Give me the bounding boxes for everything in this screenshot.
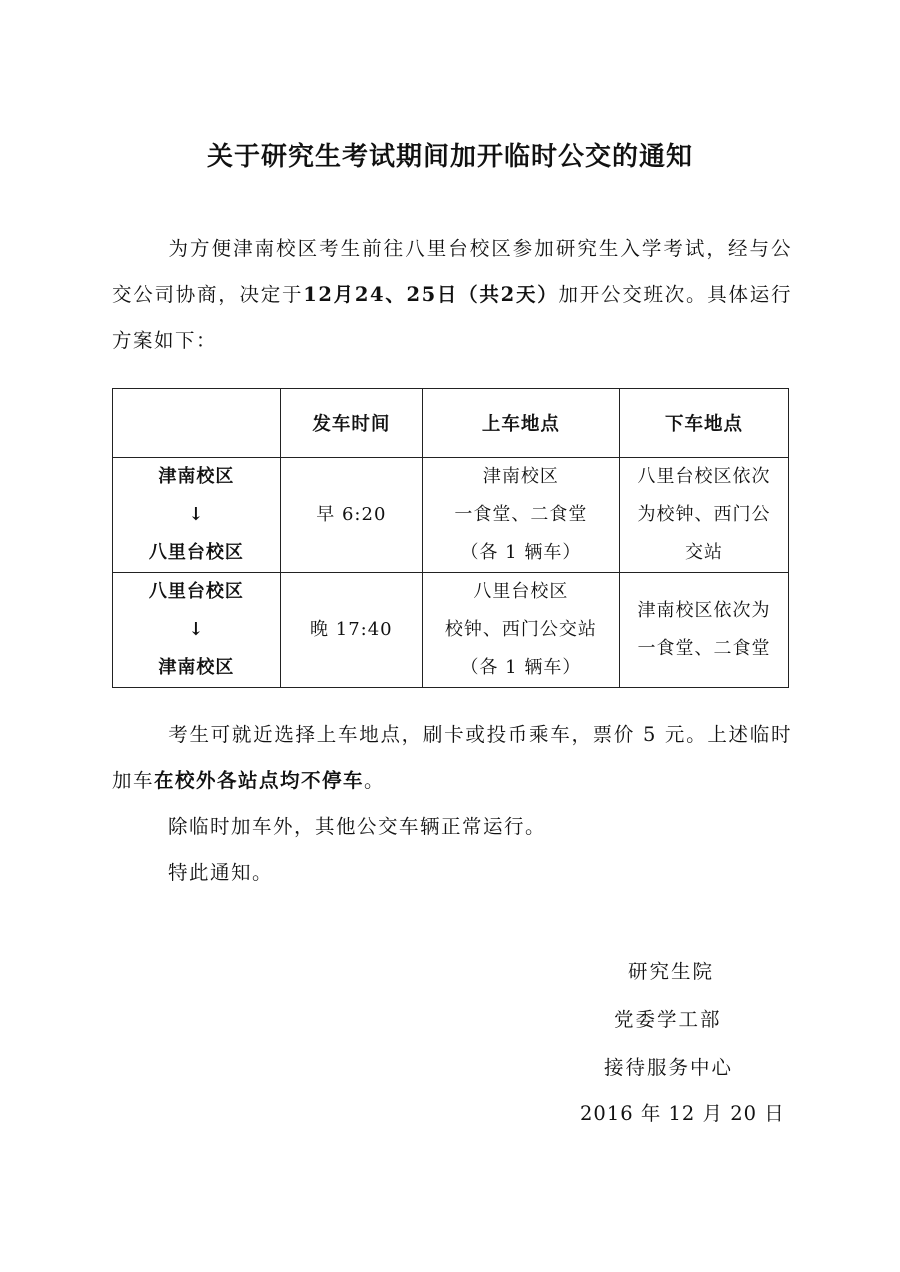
note2-text: 除临时加车外，其他公交车辆正常运行。 xyxy=(168,815,546,838)
dropoff-cell: 津南校区依次为 一食堂、二食堂 xyxy=(619,573,788,688)
time-cell: 晚 17:40 xyxy=(280,573,422,688)
header-dropoff-location: 下车地点 xyxy=(619,389,788,458)
boarding-cell: 八里台校区 校钟、西门公交站 （各 1 辆车） xyxy=(422,573,619,688)
document-date: 2016 年 12 月 20 日 xyxy=(580,1098,785,1126)
dropoff-cell: 八里台校区依次 为校钟、西门公 交站 xyxy=(619,458,788,573)
signature-graduate-school: 研究生院 xyxy=(628,956,714,984)
dropoff-line: 津南校区依次为 xyxy=(624,592,784,630)
dropoff-line: 为校钟、西门公 xyxy=(624,496,784,534)
arrow-down-icon: ↓ xyxy=(117,496,276,534)
boarding-line: 津南校区 xyxy=(427,458,615,496)
boarding-line: 一食堂、二食堂 xyxy=(427,496,615,534)
document-title: 关于研究生考试期间加开临时公交的通知 xyxy=(0,136,900,173)
boarding-line: （各 1 辆车） xyxy=(427,534,615,572)
signature-reception-center: 接待服务中心 xyxy=(604,1052,733,1080)
note-paragraph: 考生可就近选择上车地点，刷卡或投币乘车，票价 5 元。上述临时加车在校外各站点均… xyxy=(112,712,792,804)
header-empty xyxy=(113,389,281,458)
time-cell: 早 6:20 xyxy=(280,458,422,573)
arrow-down-icon: ↓ xyxy=(117,611,276,649)
dropoff-line: 一食堂、二食堂 xyxy=(624,630,784,668)
boarding-cell: 津南校区 一食堂、二食堂 （各 1 辆车） xyxy=(422,458,619,573)
route-to: 八里台校区 xyxy=(117,534,276,572)
boarding-line: 校钟、西门公交站 xyxy=(427,611,615,649)
boarding-line: 八里台校区 xyxy=(427,573,615,611)
closing-paragraph: 特此通知。 xyxy=(112,850,792,896)
intro-date-bold: 12月24、25日（共2天） xyxy=(303,283,558,306)
boarding-line: （各 1 辆车） xyxy=(427,649,615,687)
dropoff-line: 八里台校区依次 xyxy=(624,458,784,496)
table-header-row: 发车时间 上车地点 下车地点 xyxy=(113,389,789,458)
route-to: 津南校区 xyxy=(117,649,276,687)
signature-student-affairs: 党委学工部 xyxy=(614,1004,722,1032)
route-from: 八里台校区 xyxy=(117,573,276,611)
note-bold: 在校外各站点均不停车 xyxy=(154,769,364,792)
table-row: 津南校区 ↓ 八里台校区 早 6:20 津南校区 一食堂、二食堂 （各 1 辆车… xyxy=(113,458,789,573)
table-row: 八里台校区 ↓ 津南校区 晚 17:40 八里台校区 校钟、西门公交站 （各 1… xyxy=(113,573,789,688)
route-cell: 津南校区 ↓ 八里台校区 xyxy=(113,458,281,573)
note-text-end: 。 xyxy=(364,769,385,792)
header-departure-time: 发车时间 xyxy=(280,389,422,458)
route-cell: 八里台校区 ↓ 津南校区 xyxy=(113,573,281,688)
schedule-table: 发车时间 上车地点 下车地点 津南校区 ↓ 八里台校区 早 6:20 津南校区 … xyxy=(112,388,789,688)
dropoff-line: 交站 xyxy=(624,534,784,572)
closing-text: 特此通知。 xyxy=(168,861,273,884)
route-from: 津南校区 xyxy=(117,458,276,496)
intro-paragraph: 为方便津南校区考生前往八里台校区参加研究生入学考试，经与公交公司协商，决定于12… xyxy=(112,226,792,364)
note2-paragraph: 除临时加车外，其他公交车辆正常运行。 xyxy=(112,804,792,850)
header-boarding-location: 上车地点 xyxy=(422,389,619,458)
